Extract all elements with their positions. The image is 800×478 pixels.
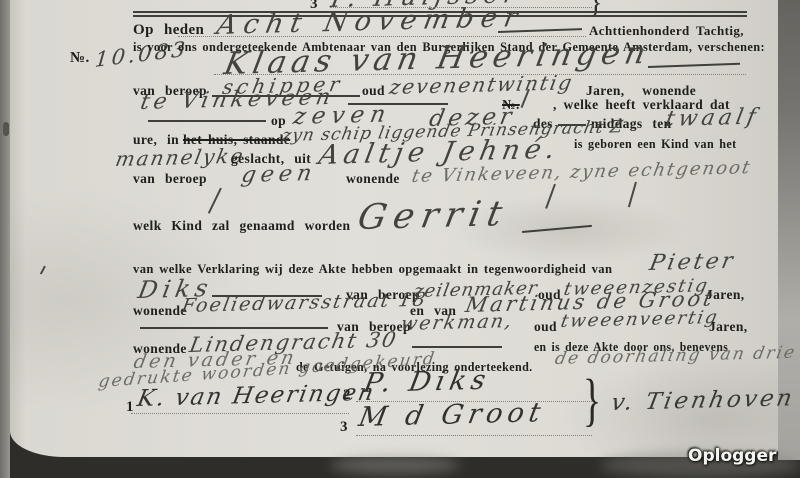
scan-artifact [3,122,9,136]
signature-number-3: 3 [340,419,348,436]
record-number-label: №. [70,50,90,67]
scan-artifact [330,456,460,474]
watermark-label: Oplogger [688,446,776,466]
jaren-label: Jaren, [709,319,748,335]
birth-certificate-scan: 3 P. Huijsser } №. 10.083 Op heden Acht … [0,0,800,478]
pen-dash [148,120,266,122]
wonende-label: wonende [346,171,400,187]
child-gender: mannelyke [114,144,247,171]
pen-dash [140,327,328,329]
signature-number-2: 2 [343,387,351,404]
signature-line [356,435,592,436]
signature-line [131,413,349,414]
brace-glyph: } [589,0,602,20]
mother-occupation: geen [239,161,318,188]
witness2-occupation: werkman, [399,310,515,335]
scan-left-edge [0,0,10,478]
child-name: Gerrit [355,194,513,238]
signature-official: v. Tienhoven [609,385,797,416]
oud-label: oud [534,319,557,335]
wonende-label: wonende [133,303,187,319]
signature-witness2: M d Groot [356,397,548,433]
oud-label: oud [362,83,385,99]
signature-witness1: P. Diks [361,365,493,399]
is-geboren-label: is geboren een Kind van het [574,136,737,152]
fill-in-line [178,36,586,37]
witness1-first-name: Pieter [647,249,737,276]
witness2-age: tweeenveertig [559,307,721,332]
welk-kind-label: welk Kind zal genaamd worden [133,218,350,234]
beroep-label: van beroep [133,171,207,187]
birth-hour: twaalf [663,105,761,132]
declarant-age: zevenentwintig [388,70,576,99]
pen-dash [412,346,502,348]
brace-glyph: } [583,366,601,433]
